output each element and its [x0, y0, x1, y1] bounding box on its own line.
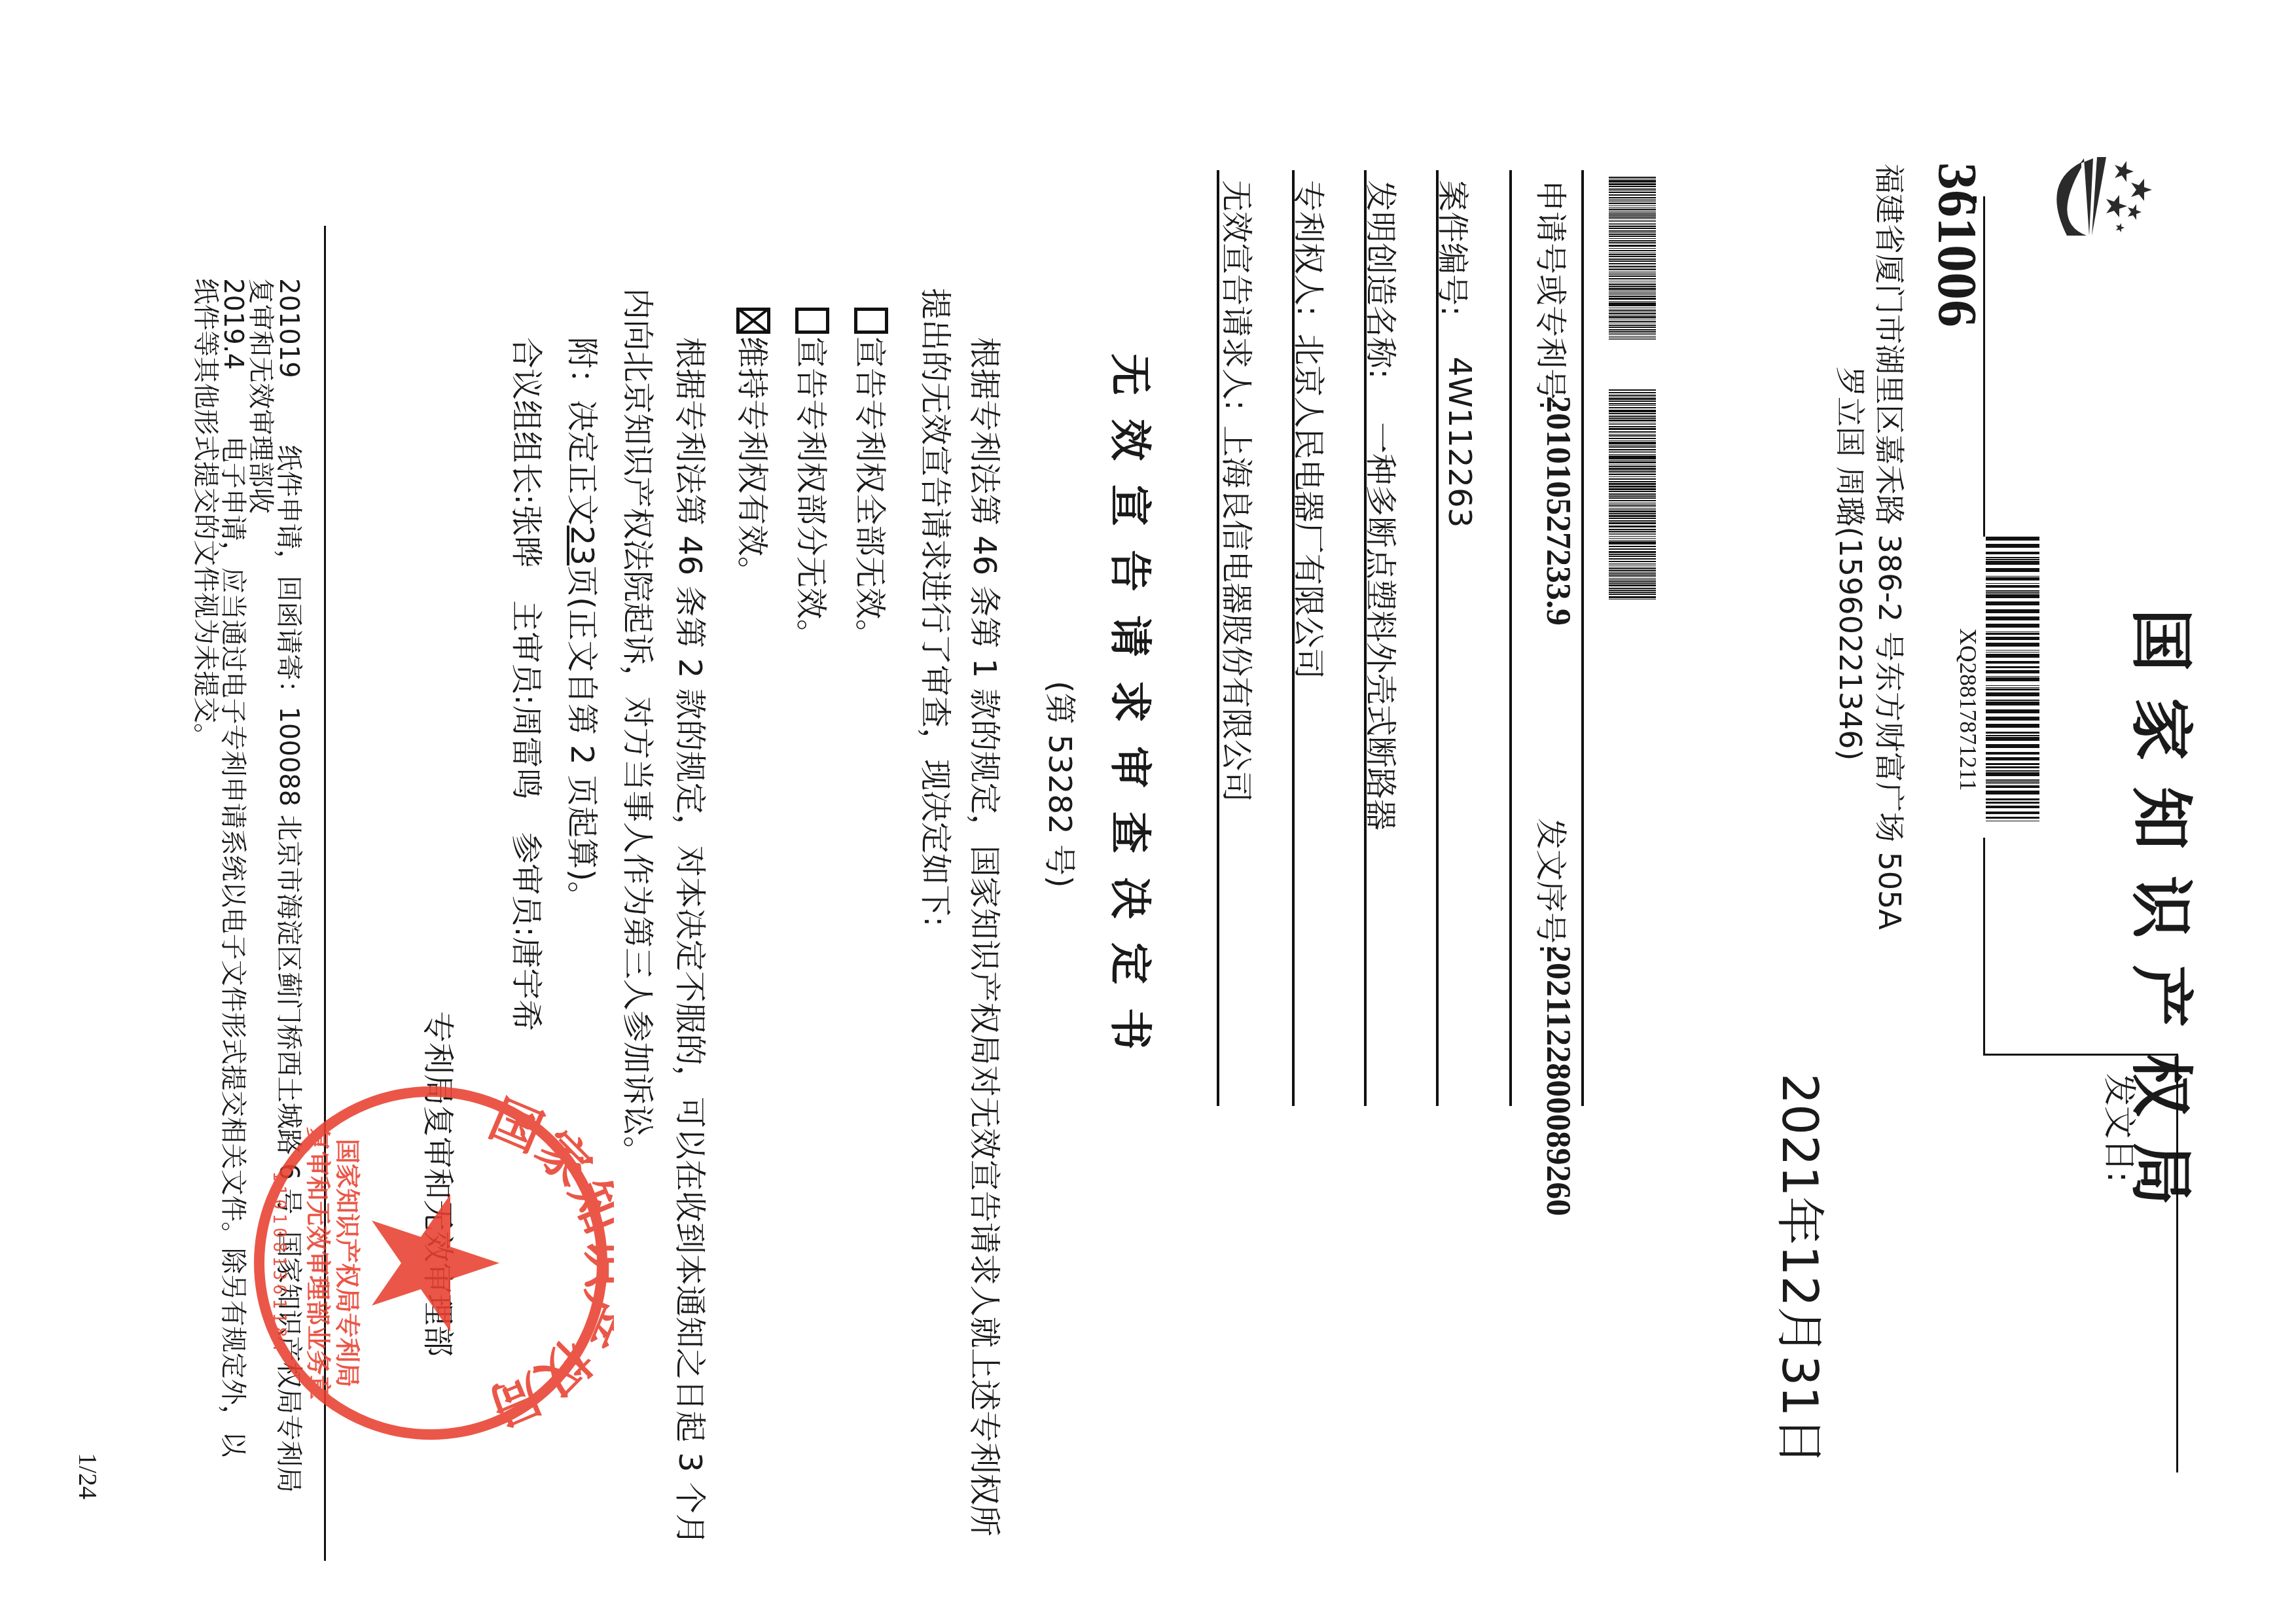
seal-star-icon [372, 1194, 499, 1332]
option-invalidate-partial[interactable]: 宣告专利权部分无效。 [791, 308, 836, 651]
case-no: 4W112263 [1441, 357, 1478, 527]
dispatch-no: 2021122800089260 [1539, 946, 1577, 1216]
header-rule-right [2176, 1054, 2178, 1472]
option-maintain-valid[interactable]: 维持专利权有效。 [732, 308, 778, 588]
intro-line-2: 提出的无效宣告请求进行了审查，现决定如下: [916, 288, 961, 927]
row-rule-3 [1436, 170, 1439, 1106]
recipient-names: 罗立国 周璐(15960221346) [1831, 366, 1874, 760]
document-title: 无效宣告请求审查决定书 [1103, 353, 1164, 1073]
dispatch-barcode [1609, 389, 1656, 612]
invention-title-label: 发明创造名称: [1361, 180, 1406, 379]
svg-text:国家知识产权局专利局: 国家知识产权局专利局 [333, 1139, 362, 1387]
examiner: 唐宇希 [508, 937, 545, 1031]
official-seal: 国家知识产权局 国家知识产权局专利局 复审和无效审理部业务章 110108136… [247, 1080, 614, 1446]
application-no: 201010527233.9 [1539, 396, 1577, 626]
svg-text:国家知识产权局: 国家知识产权局 [481, 1090, 614, 1436]
invention-title: 一种多断点塑料外壳式断路器 [1361, 422, 1406, 830]
patentee: 北京人民电器厂有限公司 [1289, 334, 1334, 679]
chief-examiner: 周雷鸣 [508, 705, 545, 799]
option-label: 宣告专利权部分无效。 [793, 336, 829, 651]
patent-decision-page: 国家知识产权局 XQ28817871211 361006 福建省厦门市湖里区嘉禾… [0, 0, 2296, 1623]
panel-members: 合议组组长:张晔主审员:周雷鸣参审员:唐宇希 [507, 337, 552, 1031]
footer-line-4: 纸件等其他形式提交的文件视为未提交。 [189, 278, 226, 749]
application-no-label: 申请号或专利号: [1531, 180, 1576, 410]
tracking-barcode-number: XQ28817871211 [1954, 628, 1982, 791]
cnipa-logo-icon [2034, 144, 2165, 275]
recipient-address: 福建省厦门市湖里区嘉禾路 386-2 号东方财富广场 505A [1870, 164, 1913, 930]
attachment-note: 附：决定正文23页(正文自第 2 页起算)。 [562, 337, 607, 913]
header-rule-vertical [1983, 1054, 2178, 1056]
checkbox-maintain-valid[interactable] [736, 308, 770, 334]
option-invalidate-all[interactable]: 宣告专利权全部无效。 [850, 308, 895, 651]
postal-code: 361006 [1925, 162, 1988, 327]
issue-date: 2021年12月31日 [1768, 1073, 1838, 1465]
application-barcode [1609, 177, 1656, 350]
case-no-label: 案件编号: [1433, 180, 1478, 316]
row-rule-6 [1217, 170, 1219, 1106]
page-number: 1/24 [73, 1453, 103, 1499]
checkbox-invalidate-partial[interactable] [795, 308, 829, 334]
panel-leader: 张晔 [508, 505, 545, 567]
row-rule-2 [1509, 170, 1512, 1106]
issue-date-label: 发文日: [2098, 1073, 2145, 1183]
checkbox-invalidate-all[interactable] [854, 308, 888, 334]
option-label: 宣告专利权全部无效。 [852, 336, 888, 651]
option-label: 维持专利权有效。 [734, 336, 770, 588]
intro-line-1: 根据专利法第 46 条第 1 款的规定，国家知识产权局对无效宣告请求人就上述专利… [965, 337, 1010, 1537]
petitioner-label: 无效宣告请求人: [1217, 180, 1262, 410]
petitioner: 上海良信电器股份有限公司 [1217, 425, 1262, 802]
dispatch-no-label: 发文序号: [1531, 818, 1576, 954]
row-rule-4 [1364, 170, 1367, 1106]
appeal-line-2: 内向北京知识产权法院起诉，对方当事人作为第三人参加诉讼。 [618, 288, 663, 1168]
svg-text:1101081361184: 1101081361184 [269, 1171, 289, 1355]
attachment-page-count: 23 [564, 526, 600, 565]
appeal-line-1: 根据专利法第 46 条第 2 款的规定，对本决定不服的，可以在收到本通知之日起 … [670, 337, 715, 1545]
tracking-barcode [1986, 537, 2039, 838]
row-rule-1 [1581, 170, 1584, 1106]
patentee-label: 专利权人: [1289, 180, 1334, 316]
header-rule-barcode-end [1983, 838, 1985, 1054]
document-number: (第 53282 号) [1040, 681, 1085, 888]
row-rule-5 [1292, 170, 1295, 1106]
svg-text:复审和无效审理部业务章: 复审和无效审理部业务章 [304, 1126, 332, 1400]
